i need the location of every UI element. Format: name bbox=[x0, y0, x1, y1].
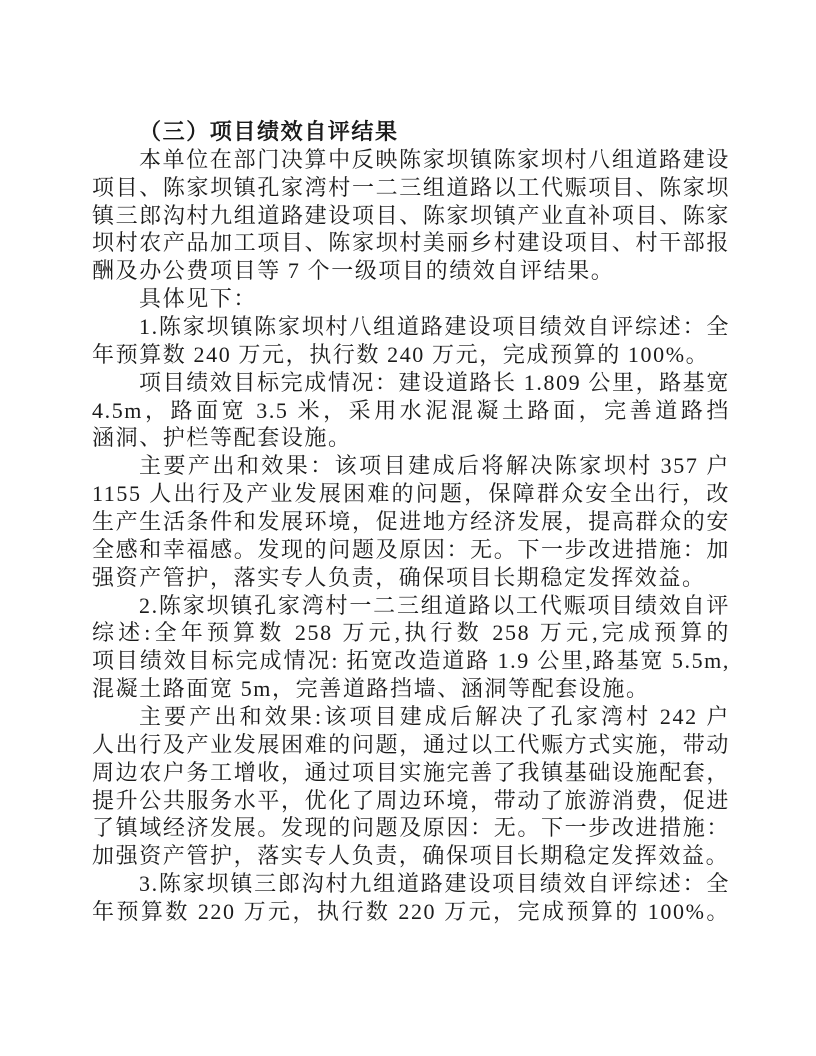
text-line: 人出行及产业发展困难的问题，通过以工代赈方式实施，带动 bbox=[92, 731, 730, 759]
text-line: 生产生活条件和发展环境，促进地方经济发展，提高群众的安 bbox=[92, 508, 730, 536]
text-line: 提升公共服务水平，优化了周边环境，带动了旅游消费，促进 bbox=[92, 787, 730, 815]
text-line: 4.5m，路面宽 3.5 米，采用水泥混凝土路面，完善道路挡墙、 bbox=[92, 397, 730, 425]
text-line: 主要产出和效果:该项目建成后解决了孔家湾村 242 户 760 bbox=[92, 703, 730, 731]
text-line: 坝村农产品加工项目、陈家坝村美丽乡村建设项目、村干部报 bbox=[92, 229, 730, 257]
text-line: 1155 人出行及产业发展困难的问题，保障群众安全出行，改善 bbox=[92, 480, 730, 508]
text-line: 了镇域经济发展。发现的问题及原因：无。下一步改进措施： bbox=[92, 814, 730, 842]
text-line: 主要产出和效果：该项目建成后将解决陈家坝村 357 户 bbox=[92, 452, 730, 480]
text-line: 具体见下： bbox=[92, 285, 730, 313]
text-line: 3.陈家坝镇三郎沟村九组道路建设项目绩效自评综述：全 bbox=[92, 870, 730, 898]
text-line: 年预算数 220 万元，执行数 220 万元，完成预算的 100%。项目 bbox=[92, 898, 730, 926]
text-line: 加强资产管护，落实专人负责，确保项目长期稳定发挥效益。 bbox=[92, 842, 730, 870]
text-line: 2.陈家坝镇孔家湾村一二三组道路以工代赈项目绩效自评 bbox=[92, 592, 730, 620]
text-line: 周边农户务工增收，通过项目实施完善了我镇基础设施配套， bbox=[92, 759, 730, 787]
text-line: 混凝土路面宽 5m，完善道路挡墙、涵洞等配套设施。 bbox=[92, 675, 730, 703]
text-line: 本单位在部门决算中反映陈家坝镇陈家坝村八组道路建设 bbox=[92, 146, 730, 174]
text-line: 1.陈家坝镇陈家坝村八组道路建设项目绩效自评综述：全 bbox=[92, 313, 730, 341]
text-line: 强资产管护，落实专人负责，确保项目长期稳定发挥效益。 bbox=[92, 564, 730, 592]
text-line: 涵洞、护栏等配套设施。 bbox=[92, 424, 730, 452]
text-line: 酬及办公费项目等 7 个一级项目的绩效自评结果。 bbox=[92, 257, 730, 285]
text-line: 项目、陈家坝镇孔家湾村一二三组道路以工代赈项目、陈家坝 bbox=[92, 174, 730, 202]
document-text-block: （三）项目绩效自评结果本单位在部门决算中反映陈家坝镇陈家坝村八组道路建设项目、陈… bbox=[92, 118, 730, 926]
document-page: （三）项目绩效自评结果本单位在部门决算中反映陈家坝镇陈家坝村八组道路建设项目、陈… bbox=[0, 0, 816, 1056]
text-line: 镇三郎沟村九组道路建设项目、陈家坝镇产业直补项目、陈家 bbox=[92, 202, 730, 230]
text-line: 项目绩效目标完成情况：建设道路长 1.809 公里，路基宽 bbox=[92, 369, 730, 397]
section-heading: （三）项目绩效自评结果 bbox=[92, 118, 730, 146]
text-line: 综述:全年预算数 258 万元,执行数 258 万元,完成预算的 100%。 bbox=[92, 619, 730, 647]
text-line: 年预算数 240 万元，执行数 240 万元，完成预算的 100%。 bbox=[92, 341, 730, 369]
text-line: 项目绩效目标完成情况: 拓宽改造道路 1.9 公里,路基宽 5.5m, bbox=[92, 647, 730, 675]
text-line: 全感和幸福感。发现的问题及原因：无。下一步改进措施：加 bbox=[92, 536, 730, 564]
